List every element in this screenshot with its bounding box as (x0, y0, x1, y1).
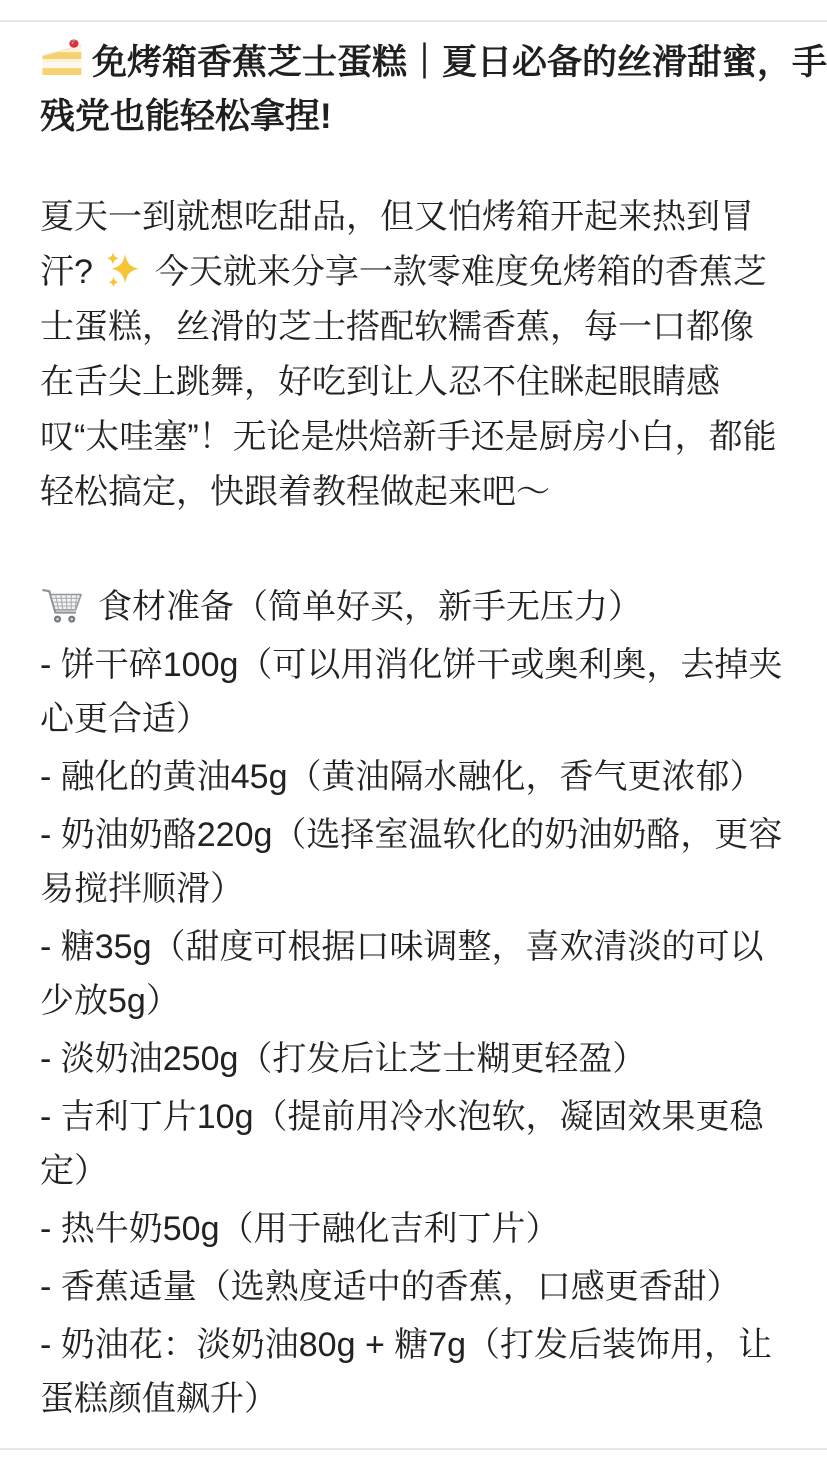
top-divider (0, 20, 827, 22)
ingredients-section: 食材准备（简单好买，新手无压力） - 饼干碎100g（可以用消化饼干或奥利奥，去… (40, 580, 787, 1426)
ingredient-item: - 奶油花：淡奶油80g + 糖7g（打发后装饰用，让蛋糕颜值飙升） (40, 1318, 787, 1426)
intro-text-2: 今天就来分享一款零难度免烤箱的香蕉芝士蛋糕，丝滑的芝士搭配软糯香蕉，每一口都像在… (40, 253, 777, 511)
intro-paragraph: 夏天一到就想吃甜品，但又怕烤箱开起来热到冒汗? 今天就来分享一款零难度免烤箱的香… (40, 190, 787, 520)
ingredient-item: - 香蕉适量（选熟度适中的香蕉，口感更香甜） (40, 1260, 787, 1314)
ingredients-heading-text: 食材准备（简单好买，新手无压力） (98, 588, 642, 626)
ingredient-item: - 淡奶油250g（打发后让芝士糊更轻盈） (40, 1032, 787, 1086)
ingredient-item: - 吉利丁片10g（提前用冷水泡软，凝固效果更稳定） (40, 1090, 787, 1198)
post-title: 免烤箱香蕉芝士蛋糕｜夏日必备的丝滑甜蜜，手残党也能轻松拿捏! (40, 36, 827, 144)
shopping-cart-icon (40, 585, 86, 627)
ingredient-item: - 饼干碎100g（可以用消化饼干或奥利奥，去掉夹心更合适） (40, 638, 787, 746)
ingredients-heading: 食材准备（简单好买，新手无压力） (40, 580, 787, 634)
ingredient-item: - 热牛奶50g（用于融化吉利丁片） (40, 1202, 787, 1256)
ingredient-item: - 糖35g（甜度可根据口味调整，喜欢清淡的可以少放5g） (40, 920, 787, 1028)
ingredients-list: - 饼干碎100g（可以用消化饼干或奥利奥，去掉夹心更合适） - 融化的黄油45… (40, 638, 787, 1426)
post-detail-page: 免烤箱香蕉芝士蛋糕｜夏日必备的丝滑甜蜜，手残党也能轻松拿捏! 夏天一到就想吃甜品… (0, 0, 827, 1458)
bottom-divider (0, 1448, 827, 1450)
ingredient-item: - 奶油奶酪220g（选择室温软化的奶油奶酪，更容易搅拌顺滑） (40, 808, 787, 916)
ingredient-item: - 融化的黄油45g（黄油隔水融化，香气更浓郁） (40, 750, 787, 804)
sparkles-icon (103, 249, 145, 291)
cake-slice-icon (40, 36, 86, 82)
post-title-text: 免烤箱香蕉芝士蛋糕｜夏日必备的丝滑甜蜜，手残党也能轻松拿捏! (40, 43, 827, 136)
